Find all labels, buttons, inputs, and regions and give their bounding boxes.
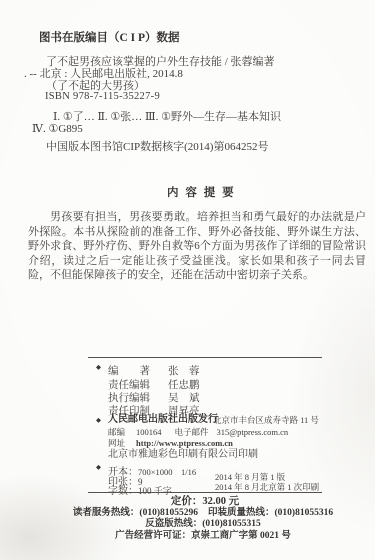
words-value: 100 千字 (138, 486, 172, 496)
publisher-line: 人民邮电出版社出版发行 (108, 414, 218, 426)
postcode-email-row: 邮编100164电子邮件315@ptpress.com.cn (108, 428, 288, 438)
cip-title-line: 了不起男孩应该掌握的户外生存技能 / 张蓉编著 (46, 56, 275, 69)
hotline-antipiracy: 反盗版热线：(010)81055315 (28, 519, 375, 530)
price-line: 定价：32.00 元 (88, 496, 322, 508)
antipiracy-hotline-label: 反盗版热线： (145, 519, 202, 529)
cip-classification-line-2: Ⅳ. ①G895 (32, 123, 83, 136)
cip-classification-line-1: Ⅰ. ①了… Ⅱ. ①张… Ⅲ. ①野外—生存—基本知识 (53, 111, 281, 124)
website-label: 网址 (108, 438, 125, 448)
quality-hotline-value: (010)81055316 (275, 508, 334, 518)
diamond-bullet-icon: ◆ (96, 465, 101, 472)
quality-hotline-label: 印装质量热线： (208, 508, 275, 518)
postcode-label: 邮编 (108, 427, 125, 437)
colophon-bottom-rule (88, 492, 322, 493)
website-value: http://www.ptpress.com.cn (136, 438, 233, 448)
book-copyright-page: 图书在版编目（C I P）数据 了不起男孩应该掌握的户外生存技能 / 张蓉编著 … (0, 0, 375, 560)
hotline-reader-quality: 读者服务热线：(010)81055296印装质量热线：(010)81055316 (28, 508, 375, 519)
diamond-bullet-icon: ◆ (96, 365, 101, 372)
email-label: 电子邮件 (175, 427, 209, 437)
website-row: 网址http://www.ptpress.com.cn (108, 439, 233, 449)
cip-heading: 图书在版编目（C I P）数据 (39, 32, 180, 45)
ad-license-line: 广告经营许可证：京崇工商广字第 0021 号 (28, 531, 375, 542)
reader-hotline-label: 读者服务热线： (73, 508, 140, 518)
email-value: 315@ptpress.com.cn (217, 427, 289, 437)
publisher-address: 北京市丰台区成寿寺路 11 号 (213, 416, 319, 426)
cip-record-line: 中国版本图书馆CIP数据核字(2014)第064252号 (46, 141, 268, 154)
cip-isbn-line: ISBN 978-7-115-35227-9 (45, 91, 160, 103)
cip-publication-line: . -- 北京 : 人民邮电出版社, 2014.8 (24, 68, 183, 81)
antipiracy-hotline-value: (010)81055315 (202, 519, 261, 529)
colophon-top-rule (88, 357, 322, 358)
reader-hotline-value: (010)81055296 (139, 508, 198, 518)
summary-paragraph: 男孩要有担当，男孩要勇敢。培养担当和勇气最好的办法就是户外探险。本书从探险前的准… (28, 210, 366, 283)
format-value: 700×1000 1/16 (138, 467, 196, 477)
summary-heading: 内 容 提 要 (167, 187, 236, 200)
printer-line: 北京市雅迪彩色印刷有限公司印刷 (108, 449, 258, 461)
postcode-value: 100164 (136, 427, 162, 437)
diamond-bullet-icon: ◆ (96, 418, 101, 425)
